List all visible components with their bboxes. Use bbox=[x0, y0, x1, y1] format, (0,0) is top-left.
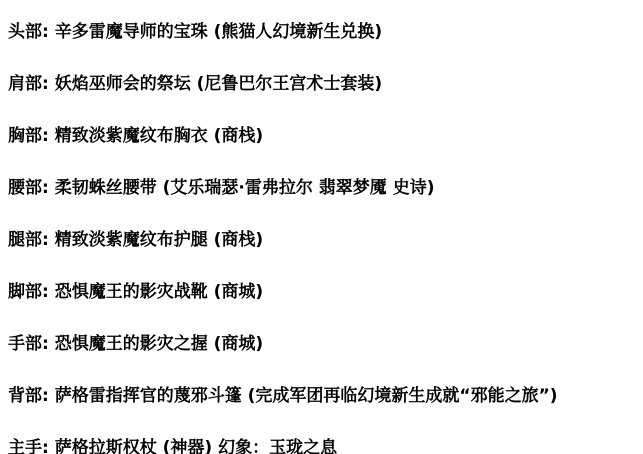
equipment-line-hands: 手部: 恐惧魔王的影灾之握 (商城) bbox=[8, 332, 635, 356]
item-info: 萨格雷指挥官的蔑邪斗篷 (完成军团再临幻境新生成就“邪能之旅”) bbox=[55, 386, 558, 406]
equipment-line-chest: 胸部: 精致淡紫魔纹布胸衣 (商栈) bbox=[8, 124, 635, 148]
slot-label: 背部: bbox=[8, 386, 55, 406]
equipment-line-mainhand: 主手: 萨格拉斯权杖 (神器) 幻象：玉珑之息 bbox=[8, 436, 635, 454]
slot-label: 手部: bbox=[8, 334, 55, 354]
item-info: 妖焰巫师会的祭坛 (尼鲁巴尔王宫术士套装) bbox=[55, 74, 382, 94]
slot-label: 胸部: bbox=[8, 126, 55, 146]
item-info: 辛多雷魔导师的宝珠 (熊猫人幻境新生兑换) bbox=[55, 22, 382, 42]
item-info: 恐惧魔王的影灾之握 (商城) bbox=[55, 334, 263, 354]
equipment-line-waist: 腰部: 柔韧蛛丝腰带 (艾乐瑞瑟·雷弗拉尔 翡翠梦魇 史诗) bbox=[8, 176, 635, 200]
equipment-line-shoulder: 肩部: 妖焰巫师会的祭坛 (尼鲁巴尔王宫术士套装) bbox=[8, 72, 635, 96]
equipment-document: 头部: 辛多雷魔导师的宝珠 (熊猫人幻境新生兑换) 肩部: 妖焰巫师会的祭坛 (… bbox=[0, 0, 643, 454]
slot-label: 脚部: bbox=[8, 282, 55, 302]
equipment-line-feet: 脚部: 恐惧魔王的影灾战靴 (商城) bbox=[8, 280, 635, 304]
equipment-line-legs: 腿部: 精致淡紫魔纹布护腿 (商栈) bbox=[8, 228, 635, 252]
slot-label: 腿部: bbox=[8, 230, 55, 250]
item-info: 萨格拉斯权杖 (神器) 幻象：玉珑之息 bbox=[55, 438, 337, 454]
item-info: 精致淡紫魔纹布胸衣 (商栈) bbox=[55, 126, 263, 146]
equipment-line-head: 头部: 辛多雷魔导师的宝珠 (熊猫人幻境新生兑换) bbox=[8, 20, 635, 44]
item-info: 恐惧魔王的影灾战靴 (商城) bbox=[55, 282, 263, 302]
equipment-line-back: 背部: 萨格雷指挥官的蔑邪斗篷 (完成军团再临幻境新生成就“邪能之旅”) bbox=[8, 384, 635, 408]
slot-label: 腰部: bbox=[8, 178, 55, 198]
item-info: 精致淡紫魔纹布护腿 (商栈) bbox=[55, 230, 263, 250]
item-info: 柔韧蛛丝腰带 (艾乐瑞瑟·雷弗拉尔 翡翠梦魇 史诗) bbox=[55, 178, 435, 198]
slot-label: 头部: bbox=[8, 22, 55, 42]
slot-label: 主手: bbox=[8, 438, 55, 454]
slot-label: 肩部: bbox=[8, 74, 55, 94]
